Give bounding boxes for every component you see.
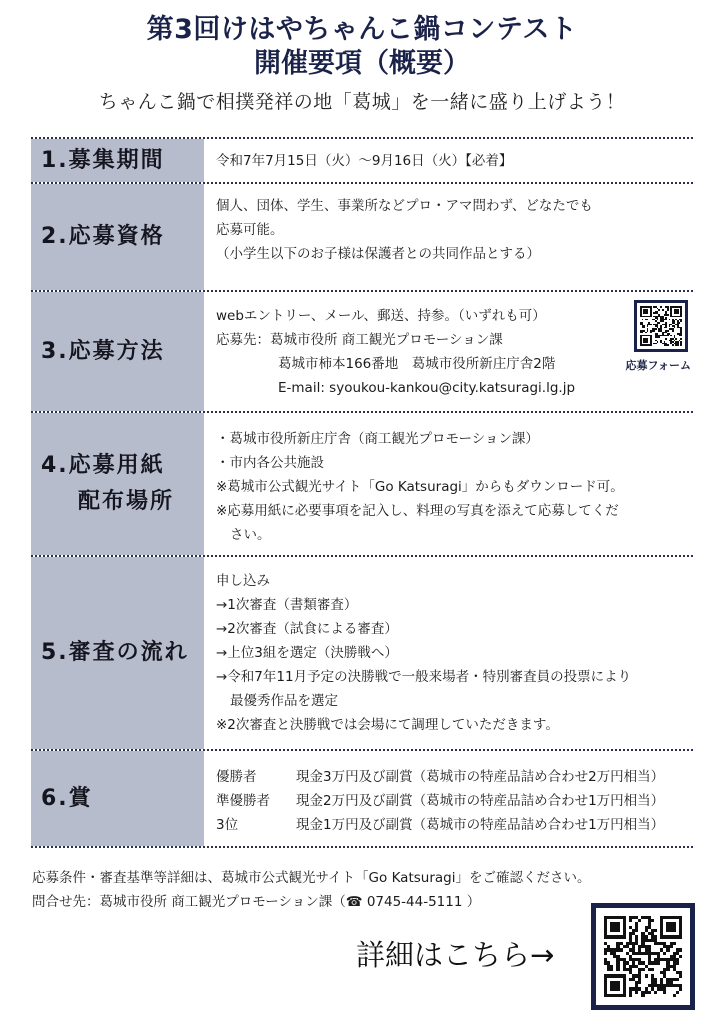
section-judging-flow: 5.審査の流れ 申し込み →1次審査（書類審査） →2次審査（試食による審査） … [31, 555, 693, 749]
section-content: 令和7年7月15日（火）～9月16日（火）【必着】 [204, 139, 693, 182]
section-label: 1.募集期間 [31, 139, 204, 182]
footer-contact: 問合せ先：葛城市役所 商工観光プロモーション課（☎ 0745-44-5111 ） [32, 892, 480, 912]
section-label: 6.賞 [31, 751, 204, 846]
prize-desc: 現金2万円及び副賞（葛城市の特産品詰め合わせ1万円相当） [296, 789, 664, 813]
text-line: 応募可能。 [216, 218, 693, 242]
text-line: ※2次審査と決勝戦では会場にて調理していただきます。 [216, 713, 693, 737]
tagline: ちゃんこ鍋で相撲発祥の地「葛城」を一緒に盛り上げよう！ [0, 90, 724, 114]
prize-row: 準優勝者 現金2万円及び副賞（葛城市の特産品詰め合わせ1万円相当） [216, 789, 693, 813]
application-form-qr-code[interactable] [634, 300, 688, 352]
prize-row: 3位 現金1万円及び副賞（葛城市の特産品詰め合わせ1万円相当） [216, 813, 693, 837]
text-line: →2次審査（試食による審査） [216, 617, 693, 641]
section-label: 2.応募資格 [31, 184, 204, 290]
text-line: →令和7年11月予定の決勝戦で一般来場者・特別審査員の投票により [216, 665, 693, 689]
section-content: 個人、団体、学生、事業所などプロ・アマ問わず、どなたでも 応募可能。 （小学生以… [204, 184, 693, 290]
section-label: 4.応募用紙 配布場所 [31, 413, 204, 555]
text-line: 最優秀作品を選定 [216, 689, 693, 713]
section-content: 優勝者 現金3万円及び副賞（葛城市の特産品詰め合わせ2万円相当） 準優勝者 現金… [204, 751, 693, 846]
text-line: （小学生以下のお子様は保護者との共同作品とする） [216, 242, 693, 266]
section-eligibility: 2.応募資格 個人、団体、学生、事業所などプロ・アマ問わず、どなたでも 応募可能… [31, 182, 693, 290]
text-line: 申し込み [216, 569, 693, 593]
text-line: →上位3組を選定（決勝戦へ） [216, 641, 693, 665]
text-line: ・市内各公共施設 [216, 451, 693, 475]
section-content: webエントリー、メール、郵送、持参。（いずれも可） 応募先：葛城市役所 商工観… [204, 292, 693, 411]
qr-code-icon [640, 306, 682, 346]
text-line: ※葛城市公式観光サイト「Go Katsuragi」からもダウンロード可。 [216, 475, 693, 499]
section-application-period: 1.募集期間 令和7年7月15日（火）～9月16日（火）【必着】 [31, 137, 693, 182]
section-label-line2: 配布場所 [41, 484, 174, 520]
qr-code-icon [604, 916, 682, 997]
text-line: 応募先：葛城市役所 商工観光プロモーション課 [216, 328, 693, 352]
address-line: 葛城市柿本166番地 葛城市役所新庄庁舎2階 [216, 352, 693, 376]
guidelines-table: 1.募集期間 令和7年7月15日（火）～9月16日（火）【必着】 2.応募資格 … [31, 137, 693, 848]
section-application-method: 3.応募方法 webエントリー、メール、郵送、持参。（いずれも可） 応募先：葛城… [31, 290, 693, 411]
section-form-distribution: 4.応募用紙 配布場所 ・葛城市役所新庄庁舎（商工観光プロモーション課） ・市内… [31, 411, 693, 555]
qr-label: 応募フォーム [626, 354, 691, 378]
prize-row: 優勝者 現金3万円及び副賞（葛城市の特産品詰め合わせ2万円相当） [216, 765, 693, 789]
page-title: 第3回けはやちゃんこ鍋コンテスト [0, 14, 724, 46]
prize-desc: 現金1万円及び副賞（葛城市の特産品詰め合わせ1万円相当） [296, 813, 664, 837]
text-line: ・葛城市役所新庄庁舎（商工観光プロモーション課） [216, 427, 693, 451]
section-content: ・葛城市役所新庄庁舎（商工観光プロモーション課） ・市内各公共施設 ※葛城市公式… [204, 413, 693, 555]
prize-rank: 優勝者 [216, 765, 296, 789]
text-line: →1次審査（書類審査） [216, 593, 693, 617]
section-content: 申し込み →1次審査（書類審査） →2次審査（試食による審査） →上位3組を選定… [204, 557, 693, 749]
text-line: ※応募用紙に必要事項を記入し、料理の写真を添えて応募してくだ [216, 499, 693, 523]
text-line: 個人、団体、学生、事業所などプロ・アマ問わず、どなたでも [216, 194, 693, 218]
section-label: 5.審査の流れ [31, 557, 204, 749]
section-prizes: 6.賞 優勝者 現金3万円及び副賞（葛城市の特産品詰め合わせ2万円相当） 準優勝… [31, 749, 693, 848]
text-line: webエントリー、メール、郵送、持参。（いずれも可） [216, 304, 693, 328]
text-line: さい。 [216, 523, 693, 547]
period-text: 令和7年7月15日（火）～9月16日（火）【必着】 [216, 149, 512, 173]
prize-rank: 準優勝者 [216, 789, 296, 813]
details-qr-code[interactable] [591, 903, 695, 1010]
page-title-sub: 開催要項（概要） [0, 48, 724, 80]
prize-rank: 3位 [216, 813, 296, 837]
prize-desc: 現金3万円及び副賞（葛城市の特産品詰め合わせ2万円相当） [296, 765, 664, 789]
section-label: 3.応募方法 [31, 292, 204, 411]
details-link-text: 詳細はこちら→ [356, 937, 554, 973]
email-link[interactable]: E-mail: syoukou-kankou@city.katsuragi.lg… [216, 376, 693, 400]
section-label-line1: 4.応募用紙 [41, 448, 165, 484]
footer-note: 応募条件・審査基準等詳細は、葛城市公式観光サイト「Go Katsuragi」をご… [32, 868, 590, 888]
